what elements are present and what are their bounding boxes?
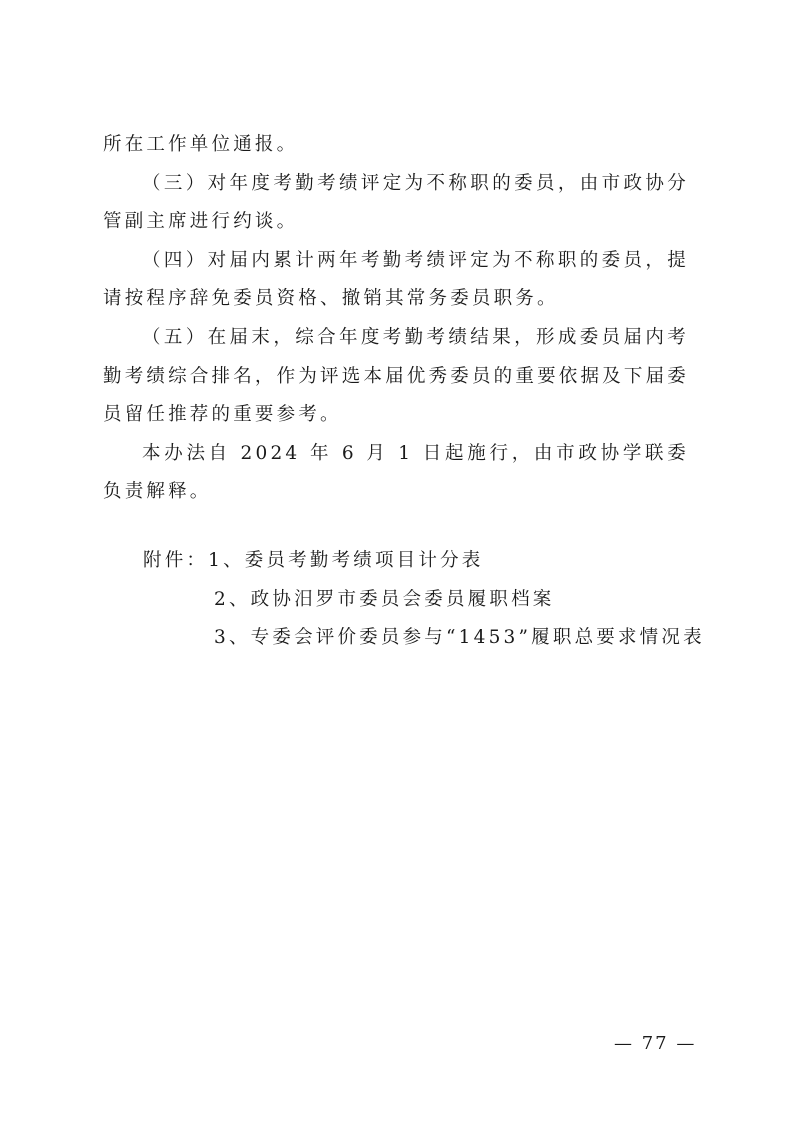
attachment-row-2: 2、政协汨罗市委员会委员履职档案 xyxy=(143,581,703,620)
paragraph-item-five: （五）在届末，综合年度考勤考绩结果，形成委员届内考勤考绩综合排名，作为评选本届优… xyxy=(103,319,689,435)
attachment-item: 3、专委会评价委员参与“1453”履职总要求情况表 xyxy=(214,627,705,648)
attachment-row-1: 附件：1、委员考勤考绩项目计分表 xyxy=(143,542,703,581)
paragraph-continuation: 所在工作单位通报。 xyxy=(103,126,689,165)
paragraph-item-three: （三）对年度考勤考绩评定为不称职的委员，由市政协分管副主席进行约谈。 xyxy=(103,165,689,242)
page-number: — 77 — xyxy=(614,1033,696,1054)
attachments-label: 附件： xyxy=(143,550,208,571)
attachment-row-3: 3、专委会评价委员参与“1453”履职总要求情况表 xyxy=(143,619,703,658)
paragraph-effective-date: 本办法自 2024 年 6 月 1 日起施行，由市政协学联委负责解释。 xyxy=(103,435,689,512)
document-body: 所在工作单位通报。 （三）对年度考勤考绩评定为不称职的委员，由市政协分管副主席进… xyxy=(103,126,689,512)
attachments-list: 附件：1、委员考勤考绩项目计分表 2、政协汨罗市委员会委员履职档案 3、专委会评… xyxy=(143,542,703,658)
attachment-item: 1、委员考勤考绩项目计分表 xyxy=(208,550,483,571)
paragraph-item-four: （四）对届内累计两年考勤考绩评定为不称职的委员，提请按程序辞免委员资格、撤销其常… xyxy=(103,242,689,319)
document-page: 所在工作单位通报。 （三）对年度考勤考绩评定为不称职的委员，由市政协分管副主席进… xyxy=(0,0,793,1122)
attachment-item: 2、政协汨罗市委员会委员履职档案 xyxy=(214,589,554,610)
